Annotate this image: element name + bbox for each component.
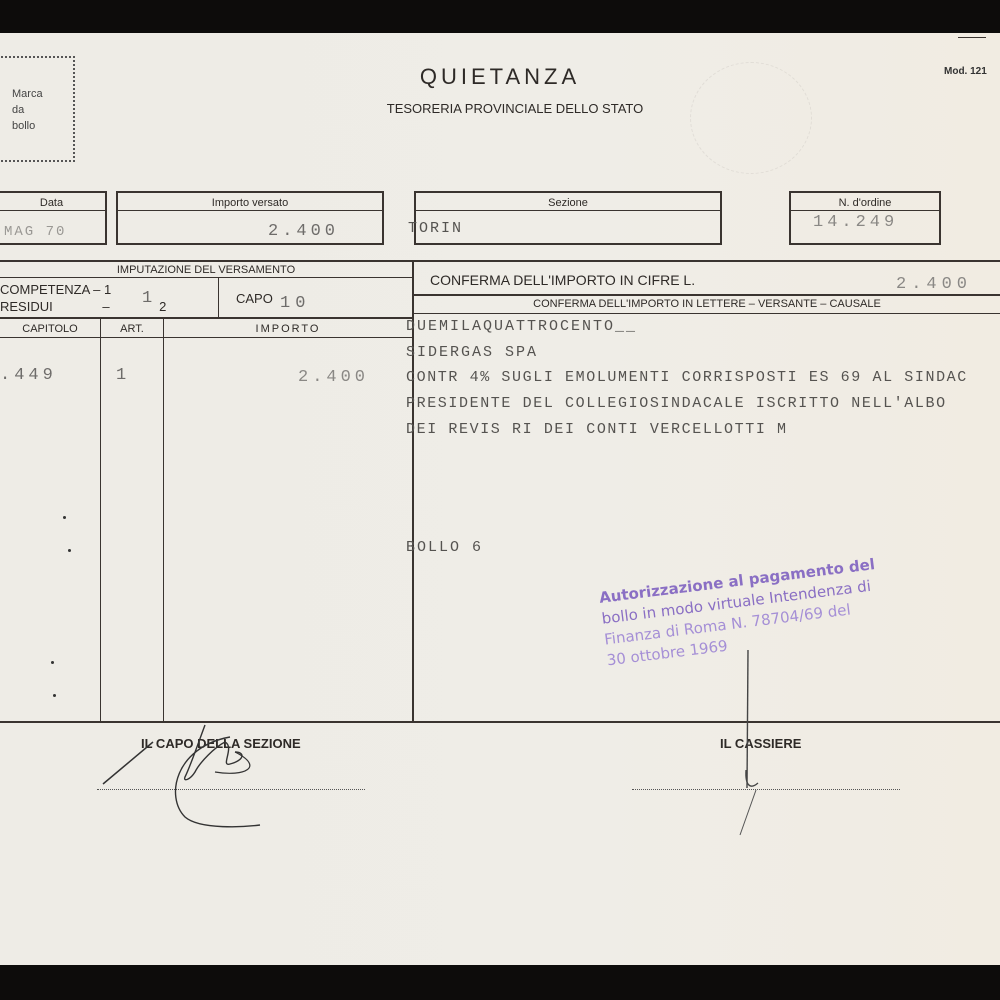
document-subtitle: TESORERIA PROVINCIALE DELLO STATO bbox=[340, 101, 690, 116]
importo-value: 2.400 bbox=[298, 368, 369, 387]
capitolo-value: .449 bbox=[0, 366, 57, 385]
amount-in-words: DUEMILAQUATTROCENTO__ bbox=[406, 318, 637, 335]
confirm-figures-label: CONFERMA DELL'IMPORTO IN CIFRE L. bbox=[430, 272, 695, 288]
date-field: Data MAG 70 bbox=[0, 191, 107, 245]
section-value: TORIN bbox=[408, 220, 463, 237]
art-value: 1 bbox=[116, 366, 128, 385]
document-title: QUIETANZA bbox=[350, 64, 650, 90]
column-header-art: ART. bbox=[100, 323, 164, 335]
model-number: Mod. 121 bbox=[944, 66, 987, 77]
stamp-box-line2: da bbox=[12, 104, 24, 116]
payer-name: SIDERGAS SPA bbox=[406, 344, 538, 361]
causale-line-2: PRESIDENTE DEL COLLEGIOSINDACALE ISCRITT… bbox=[406, 395, 947, 412]
causale-line-3: DEI REVIS RI DEI CONTI VERCELLOTTI M bbox=[406, 421, 788, 438]
amount-paid-value: 2.400 bbox=[268, 222, 339, 241]
bollo-note: BOLLO 6 bbox=[406, 539, 483, 556]
imputazione-title: IMPUTAZIONE DEL VERSAMENTO bbox=[0, 264, 412, 276]
table-row: .449 1 2.400 bbox=[0, 366, 412, 390]
competenza-label: COMPETENZA – 1 bbox=[0, 282, 111, 297]
stamp-box-line3: bollo bbox=[12, 120, 35, 132]
order-number-value: 14.249 bbox=[813, 213, 898, 232]
competenza-value: 1 bbox=[142, 289, 154, 308]
edge-mark bbox=[958, 37, 986, 38]
order-number-field: N. d'ordine 14.249 bbox=[789, 191, 941, 245]
stamp-box-line1: Marca bbox=[12, 88, 43, 100]
amount-paid-field: Importo versato 2.400 bbox=[116, 191, 384, 245]
column-header-capitolo: CAPITOLO bbox=[0, 323, 100, 335]
section-head-signature bbox=[95, 722, 355, 832]
date-label: Data bbox=[0, 197, 105, 209]
capo-label: CAPO bbox=[236, 291, 273, 306]
causale-line-1: CONTR 4% SUGLI EMOLUMENTI CORRISPOSTI ES… bbox=[406, 369, 968, 386]
faint-seal bbox=[690, 62, 812, 174]
cashier-signature bbox=[730, 640, 770, 840]
revenue-stamp-box: Marca da bollo bbox=[0, 56, 75, 162]
amount-paid-label: Importo versato bbox=[118, 197, 382, 209]
section-label: Sezione bbox=[416, 197, 720, 209]
capo-value: 10 bbox=[280, 294, 310, 313]
confirm-words-label: CONFERMA DELL'IMPORTO IN LETTERE – VERSA… bbox=[414, 298, 1000, 310]
table-top-border bbox=[0, 260, 1000, 262]
confirm-figures-value: 2.400 bbox=[896, 275, 972, 294]
order-number-label: N. d'ordine bbox=[791, 197, 939, 209]
date-value: MAG 70 bbox=[4, 224, 66, 240]
column-header-importo: IMPORTO bbox=[164, 323, 412, 335]
